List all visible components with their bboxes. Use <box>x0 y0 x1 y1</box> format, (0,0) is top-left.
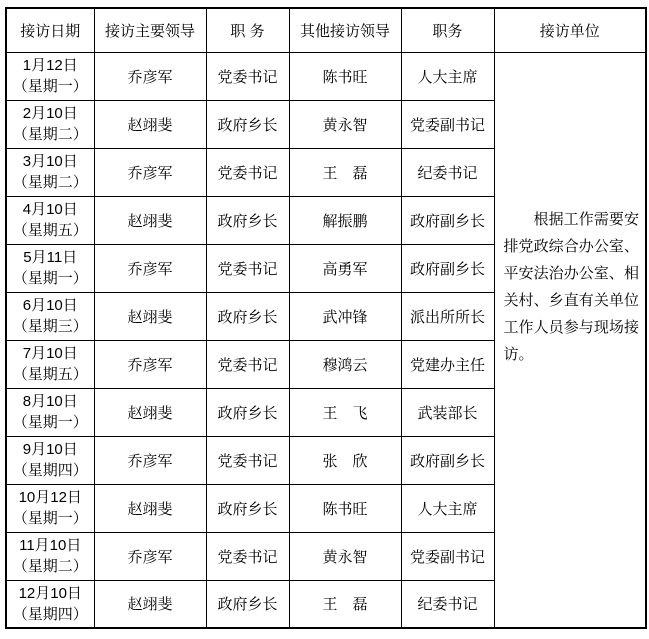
main-position-cell: 政府乡长 <box>206 580 289 628</box>
main-position-cell: 党委书记 <box>206 148 289 196</box>
weekday-text: （星期一） <box>7 76 94 97</box>
main-leader-cell: 赵翊斐 <box>94 580 206 628</box>
header-other-position: 职务 <box>401 8 494 52</box>
date-text: 11月10日 <box>7 535 94 556</box>
weekday-text: （星期三） <box>7 316 94 337</box>
weekday-text: （星期二） <box>7 124 94 145</box>
main-position-cell: 党委书记 <box>206 244 289 292</box>
weekday-text: （星期一） <box>7 268 94 289</box>
header-row: 接访日期 接访主要领导 职 务 其他接访领导 职务 接访单位 <box>6 8 646 52</box>
weekday-text: （星期二） <box>7 556 94 577</box>
other-leader-cell: 黄永智 <box>289 100 401 148</box>
header-main-position: 职 务 <box>206 8 289 52</box>
main-position-cell: 政府乡长 <box>206 292 289 340</box>
weekday-text: （星期四） <box>7 604 94 625</box>
date-text: 5月11日 <box>7 247 94 268</box>
main-position-cell: 党委书记 <box>206 340 289 388</box>
other-position-cell: 纪委书记 <box>401 148 494 196</box>
other-position-cell: 政府副乡长 <box>401 196 494 244</box>
date-text: 7月10日 <box>7 343 94 364</box>
other-leader-cell: 武冲锋 <box>289 292 401 340</box>
date-text: 1月12日 <box>7 55 94 76</box>
main-leader-cell: 乔彦军 <box>94 340 206 388</box>
main-leader-cell: 乔彦军 <box>94 436 206 484</box>
weekday-text: （星期五） <box>7 364 94 385</box>
visit-date-cell: 6月10日 （星期三） <box>6 292 94 340</box>
header-other-leader: 其他接访领导 <box>289 8 401 52</box>
other-position-cell: 政府副乡长 <box>401 436 494 484</box>
other-leader-cell: 王 磊 <box>289 580 401 628</box>
visit-date-cell: 10月12日 （星期一） <box>6 484 94 532</box>
main-leader-cell: 赵翊斐 <box>94 388 206 436</box>
other-leader-cell: 解振鹏 <box>289 196 401 244</box>
visit-date-cell: 3月10日 （星期二） <box>6 148 94 196</box>
table-row: 1月12日 （星期一） 乔彦军 党委书记 陈书旺 人大主席 根据工作需要安排党政… <box>6 52 646 100</box>
date-text: 6月10日 <box>7 295 94 316</box>
other-leader-cell: 高勇军 <box>289 244 401 292</box>
visit-date-cell: 8月10日 （星期一） <box>6 388 94 436</box>
header-visit-unit: 接访单位 <box>494 8 646 52</box>
other-leader-cell: 陈书旺 <box>289 484 401 532</box>
other-position-cell: 纪委书记 <box>401 580 494 628</box>
main-position-cell: 党委书记 <box>206 532 289 580</box>
main-leader-cell: 赵翊斐 <box>94 484 206 532</box>
date-text: 10月12日 <box>7 487 94 508</box>
main-position-cell: 政府乡长 <box>206 388 289 436</box>
visit-schedule-table: 接访日期 接访主要领导 职 务 其他接访领导 职务 接访单位 1月12日 （星期… <box>5 7 647 629</box>
visit-date-cell: 1月12日 （星期一） <box>6 52 94 100</box>
visit-date-cell: 7月10日 （星期五） <box>6 340 94 388</box>
other-position-cell: 武装部长 <box>401 388 494 436</box>
other-leader-cell: 穆鸿云 <box>289 340 401 388</box>
other-position-cell: 人大主席 <box>401 484 494 532</box>
weekday-text: （星期二） <box>7 172 94 193</box>
main-leader-cell: 赵翊斐 <box>94 100 206 148</box>
weekday-text: （星期一） <box>7 412 94 433</box>
other-position-cell: 党建办主任 <box>401 340 494 388</box>
other-position-cell: 政府副乡长 <box>401 244 494 292</box>
header-main-leader: 接访主要领导 <box>94 8 206 52</box>
date-text: 4月10日 <box>7 199 94 220</box>
other-leader-cell: 张 欣 <box>289 436 401 484</box>
header-visit-date: 接访日期 <box>6 8 94 52</box>
other-leader-cell: 王 飞 <box>289 388 401 436</box>
date-text: 3月10日 <box>7 151 94 172</box>
other-leader-cell: 王 磊 <box>289 148 401 196</box>
visit-date-cell: 12月10日 （星期四） <box>6 580 94 628</box>
date-text: 2月10日 <box>7 103 94 124</box>
other-leader-cell: 陈书旺 <box>289 52 401 100</box>
main-position-cell: 政府乡长 <box>206 196 289 244</box>
visit-date-cell: 5月11日 （星期一） <box>6 244 94 292</box>
unit-note-text: 根据工作需要安排党政综合办公室、平安法治办公室、相关村、乡直有关单位工作人员参与… <box>504 206 640 368</box>
main-leader-cell: 乔彦军 <box>94 244 206 292</box>
main-position-cell: 党委书记 <box>206 436 289 484</box>
main-position-cell: 政府乡长 <box>206 484 289 532</box>
other-position-cell: 人大主席 <box>401 52 494 100</box>
other-leader-cell: 黄永智 <box>289 532 401 580</box>
visit-date-cell: 9月10日 （星期四） <box>6 436 94 484</box>
weekday-text: （星期四） <box>7 460 94 481</box>
visit-date-cell: 4月10日 （星期五） <box>6 196 94 244</box>
main-leader-cell: 赵翊斐 <box>94 196 206 244</box>
main-leader-cell: 乔彦军 <box>94 148 206 196</box>
date-text: 12月10日 <box>7 583 94 604</box>
weekday-text: （星期五） <box>7 220 94 241</box>
weekday-text: （星期一） <box>7 508 94 529</box>
date-text: 9月10日 <box>7 439 94 460</box>
main-leader-cell: 乔彦军 <box>94 52 206 100</box>
visit-date-cell: 11月10日 （星期二） <box>6 532 94 580</box>
main-position-cell: 政府乡长 <box>206 100 289 148</box>
other-position-cell: 党委副书记 <box>401 532 494 580</box>
date-text: 8月10日 <box>7 391 94 412</box>
other-position-cell: 派出所所长 <box>401 292 494 340</box>
main-leader-cell: 赵翊斐 <box>94 292 206 340</box>
visit-date-cell: 2月10日 （星期二） <box>6 100 94 148</box>
main-leader-cell: 乔彦军 <box>94 532 206 580</box>
main-position-cell: 党委书记 <box>206 52 289 100</box>
unit-note-cell: 根据工作需要安排党政综合办公室、平安法治办公室、相关村、乡直有关单位工作人员参与… <box>494 52 646 628</box>
other-position-cell: 党委副书记 <box>401 100 494 148</box>
